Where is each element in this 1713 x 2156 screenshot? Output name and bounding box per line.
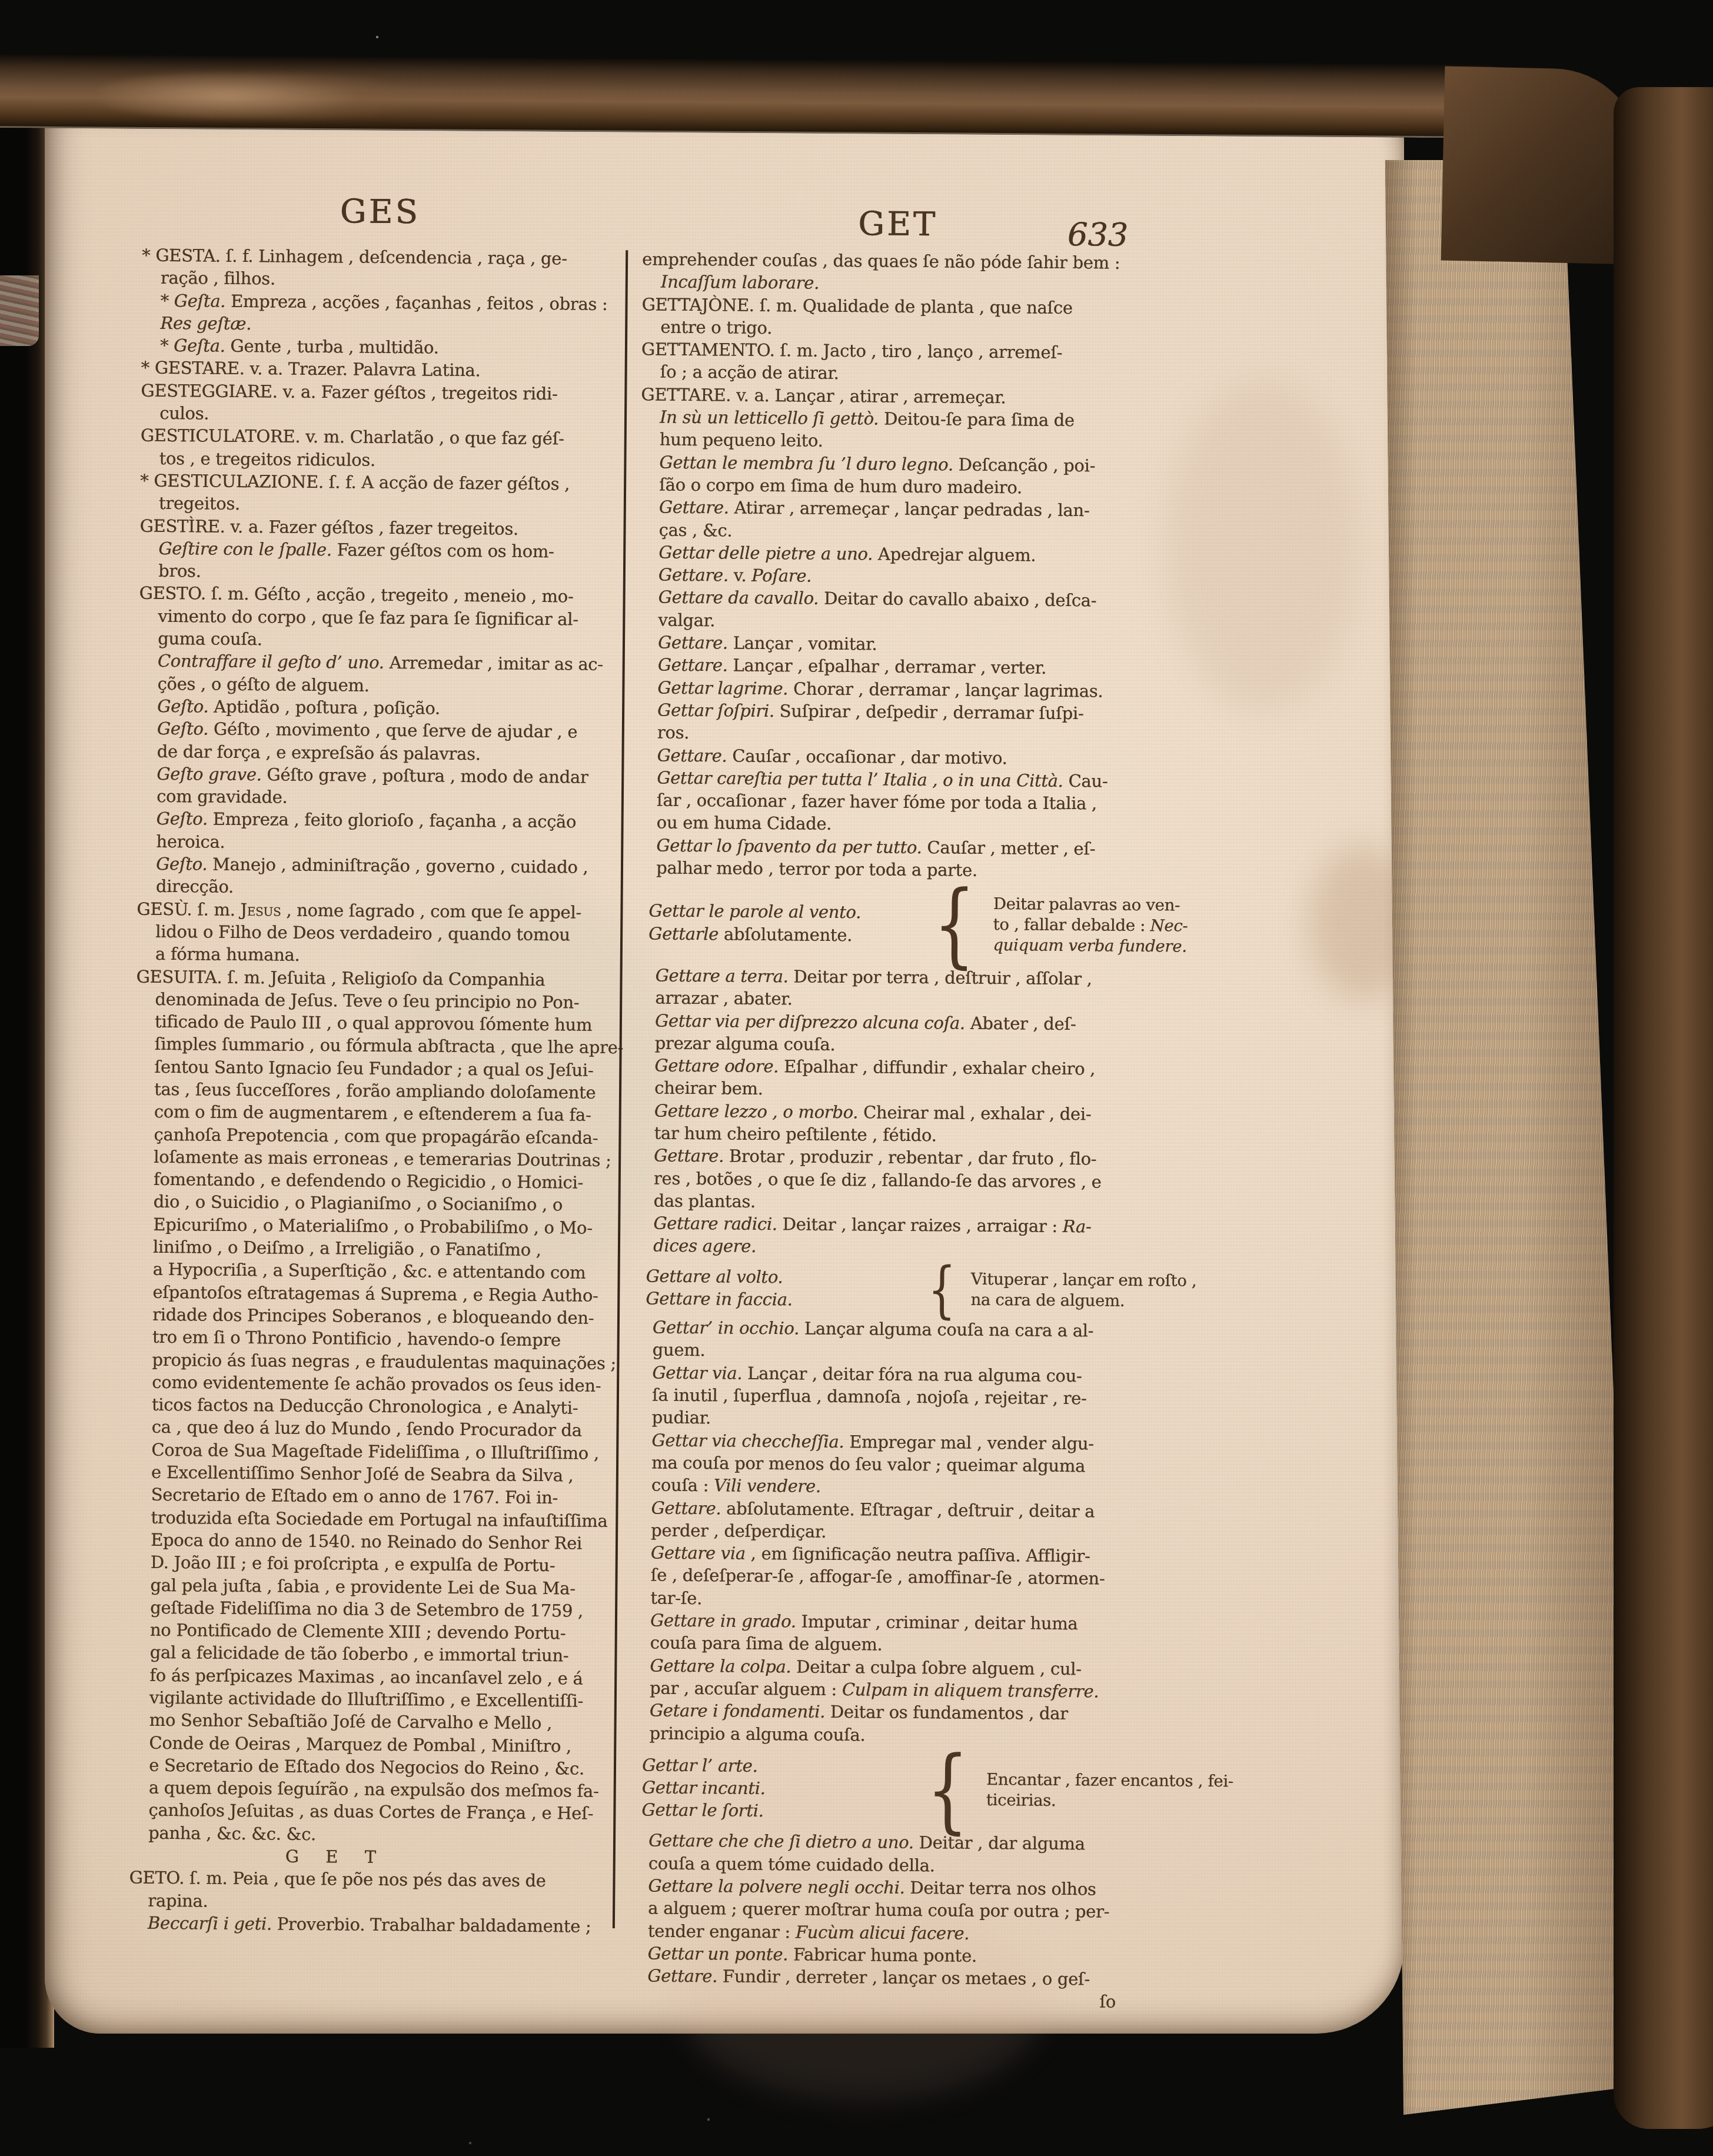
text-line: na cara de alguem. (970, 1290, 1196, 1312)
dictionary-entry: Gettar lo ſpavento da per tutto. Cauſar … (637, 834, 1158, 883)
text-line: palhar medo , terror por toda a parte. (637, 856, 1157, 883)
text-line: Gettare che che ſi dietro a uno. Deitar … (630, 1829, 1150, 1856)
brace-group-definition: Vituperar , lançar em roſto ,na cara de … (961, 1269, 1196, 1312)
text-line: Coroa de Sua Mageſtade Fideliſſima , o I… (132, 1438, 610, 1465)
text-segment: to , fallar debalde : (993, 915, 1150, 935)
text-line: gal pela juſta , ſabia , e providente Le… (131, 1573, 609, 1600)
text-segment: Gettare. (659, 497, 729, 518)
text-line: ridade dos Principes Soberanos , e bloqu… (134, 1303, 611, 1330)
text-line: tas , ſeus ſucceſſores , forão ampliando… (135, 1078, 613, 1104)
dictionary-entry: GESTÌRE. v. a. Fazer géſtos , fazer treg… (139, 514, 617, 541)
text-segment: Fabricar huma ponte. (788, 1944, 977, 1966)
right-column: emprehender couſas , das quaes ſe não pó… (628, 248, 1162, 2014)
text-line: Geſto. Aptidão , poſtura , poſição. (138, 695, 616, 721)
dictionary-entry: GETTAMENTO. ſ. m. Jacto , tiro , lanço ,… (641, 338, 1162, 388)
text-line: ou em huma Cidade. (637, 811, 1157, 838)
text-line: guma couſa. (139, 627, 617, 654)
text-segment: Getare i fondamenti. (650, 1701, 825, 1722)
text-line: dices agere. (634, 1235, 1155, 1261)
text-line: tro em ſi o Throno Pontificio , havendo-… (134, 1326, 611, 1352)
brace-group-terms: Gettar le parole al vento.Gettarle abſol… (637, 900, 926, 947)
text-line: Gettare. Lançar , eſpalhar , derramar , … (639, 654, 1159, 680)
text-line: arrazar , abater. (636, 987, 1156, 1013)
text-segment: Fazer géſtos com os hom- (332, 540, 554, 561)
text-line: * Geſta. Gente , turba , multidão. (141, 334, 619, 361)
text-line: Res geſtæ. (141, 312, 619, 338)
text-segment: Aptidão , poſtura , poſição. (208, 697, 440, 718)
dictionary-entry: GETO. ſ. m. Peia , que ſe põe nos pés da… (129, 1866, 607, 1915)
text-line: ticos factos na Deducção Chronologica , … (133, 1393, 611, 1420)
text-segment: Beccarſi i geti. (148, 1913, 272, 1934)
text-line: Beccarſi i geti. Proverbio. Trabalhar ba… (129, 1912, 607, 1938)
text-line: vimento do corpo , que ſe faz para ſe ſi… (139, 604, 617, 631)
running-head-left: GES (298, 192, 463, 232)
text-segment: , nome ſagrado , com que ſe appel- (281, 900, 581, 922)
text-line: Gettare. abſolutamente. Eſtragar , deſtr… (632, 1496, 1152, 1523)
text-segment: Suſpirar , deſpedir , derramar ſuſpi- (774, 701, 1084, 723)
text-segment: Lançar , vomitar. (728, 633, 877, 654)
text-line: bros. (139, 560, 617, 586)
text-line: Gettar ſoſpiri. Suſpirar , deſpedir , de… (638, 698, 1159, 725)
running-head-right: GET (815, 205, 980, 244)
dictionary-entry: Gettare. Cauſar , occaſionar , dar motiv… (638, 744, 1158, 770)
text-segment: abſolutamente. Eſtragar , deſtruir , dei… (721, 1498, 1095, 1521)
text-line: troduzida eſta Sociedade em Portugal na … (132, 1506, 610, 1532)
text-segment: * (160, 291, 174, 311)
dictionary-entry: Gettar’ in occhio. Lançar alguma couſa n… (633, 1316, 1154, 1365)
text-line: com o fim de augmentarem , e eſtenderem … (135, 1100, 613, 1127)
text-segment: Geſta. (174, 335, 225, 356)
dictionary-entry: Gettare. Lançar , eſpalhar , derramar , … (639, 654, 1159, 680)
text-segment: Geſtire con le ſpalle. (158, 538, 332, 560)
dictionary-entry: Gettare. Brotar , produzir , rebentar , … (634, 1144, 1155, 1216)
brace-group: Gettare al volto.Gettare in faccia.{Vitu… (634, 1261, 1155, 1317)
text-line: dio , o Suicidio , o Plagianiſmo , o Soc… (134, 1190, 612, 1217)
text-segment: Apedrejar alguem. (873, 544, 1036, 565)
dictionary-entry: GESTEGGIARE. v. a. Fazer géſtos , tregei… (141, 379, 619, 428)
text-segment: Deſcanção , poi- (953, 454, 1095, 475)
dictionary-entry: GESTICULATORE. v. m. Charlatão , o que f… (140, 424, 618, 473)
dictionary-entry: Contraffare il geſto d’ uno. Arremedar ,… (138, 650, 617, 698)
text-line: Vituperar , lançar em roſto , (971, 1269, 1197, 1292)
leather-cover-right-edge (1614, 87, 1713, 2129)
dictionary-entry: Gettare. abſolutamente. Eſtragar , deſtr… (632, 1496, 1153, 1546)
dictionary-entry: GESTO. ſ. m. Géſto , acção , tregeito , … (139, 582, 617, 653)
text-segment: In sù un letticello ſi gettò. (660, 407, 879, 429)
text-segment: Gettare. (654, 1146, 724, 1166)
text-line: Geſtire con le ſpalle. Fazer géſtos com … (139, 537, 617, 564)
dictionary-entry: Gettare da cavallo. Deitar do cavallo ab… (639, 586, 1160, 636)
text-line: couſa para ſima de alguem. (631, 1632, 1152, 1658)
text-segment: Arremedar , imitar as ac- (384, 653, 603, 674)
dictionary-entry: Geſto. Manejo , adminiſtração , governo … (137, 853, 616, 901)
leather-cover-corner (1441, 66, 1643, 265)
leather-cover-top-edge (0, 54, 1524, 138)
dictionary-entry: GESUITA. ſ. m. Jeſuita , Religioſo da Co… (129, 965, 614, 1848)
brace-group-definition: Encantar , fazer encantos , fei-ticeiria… (977, 1769, 1233, 1812)
text-segment: Cauſar , occaſionar , dar motivo. (727, 746, 1007, 768)
dictionary-entry: Gettare radici. Deitar , lançar raizes ,… (634, 1212, 1155, 1261)
text-line: fomentando , e defendendo o Regicidio , … (135, 1168, 613, 1195)
text-line: GESTICULATORE. v. m. Charlatão , o que f… (141, 424, 618, 451)
text-segment: couſa : (651, 1475, 714, 1496)
text-segment: GESÙ. ſ. m. (137, 899, 240, 919)
text-line: Gettare al volto. (646, 1265, 922, 1289)
text-segment: Deitar terra nos olhos (904, 1878, 1096, 1899)
text-segment: Gettar un ponte. (647, 1943, 788, 1964)
text-line: Gettare. Cauſar , occaſionar , dar motiv… (638, 744, 1158, 770)
dictionary-entry: Beccarſi i geti. Proverbio. Trabalhar ba… (129, 1912, 607, 1938)
text-line: tender enganar : Fucùm alicui facere. (629, 1919, 1149, 1946)
text-segment: Fucùm alicui facere. (796, 1922, 970, 1943)
text-segment: * (160, 335, 174, 355)
text-segment: Gettar via checcheſſia. (651, 1430, 844, 1452)
text-segment: Gettare lezzo , o morbo. (654, 1100, 859, 1122)
text-segment: Cauſar , metter , eſ- (922, 837, 1095, 859)
text-line: propicio ás ſuas negras , e fraudulentas… (133, 1348, 611, 1375)
dictionary-entry: Geſto grave. Géſto grave , poſtura , mod… (138, 762, 616, 811)
text-line: de dar força , e expreſsão ás palavras. (138, 740, 616, 766)
text-line: ſe , deſeſperar-ſe , affogar-ſe , amoffi… (631, 1564, 1152, 1591)
page-number: 633 (1045, 216, 1150, 254)
text-segment: Gettare. (658, 633, 728, 653)
text-segment: Gettare. (657, 745, 727, 766)
text-line: GESTO. ſ. m. Géſto , acção , tregeito , … (139, 582, 617, 608)
text-line: e Secretario de Eſtado dos Negocios do R… (130, 1754, 608, 1780)
dictionary-entry: emprehender couſas , das quaes ſe não pó… (642, 248, 1163, 297)
text-line: a alguem ; querer moſtrar huma couſa por… (629, 1897, 1149, 1924)
text-line: fo ás perſpicazes Maximas , ao incanſave… (131, 1663, 608, 1690)
text-line: tificado de Paulo III , o qual approvou … (136, 1010, 614, 1037)
text-line: * GESTA. ſ. f. Linhagem , deſcendencia ,… (142, 244, 620, 271)
dictionary-entry: * GESTA. ſ. f. Linhagem , deſcendencia ,… (142, 244, 620, 293)
dictionary-entry: * GESTARE. v. a. Trazer. Palavra Latina. (141, 357, 619, 383)
text-segment: Manejo , adminiſtração , governo , cuida… (207, 854, 588, 877)
page-content: GES GET 633 * GESTA. ſ. f. Linhagem , de… (30, 104, 1405, 2044)
dictionary-entry: Geſtire con le ſpalle. Fazer géſtos com … (139, 537, 618, 586)
page-stack-fore-edge (1380, 160, 1642, 2115)
text-segment: , em ſignificação neutra paſſiva. Afflig… (746, 1543, 1090, 1566)
dictionary-entry: * GESTICULAZIONE. ſ. f. A acção de fazer… (140, 470, 618, 518)
text-segment: Gettan le membra ſu ’l duro legno. (659, 452, 953, 474)
text-line: a fórma humana. (137, 943, 614, 969)
text-line: GESTEGGIARE. v. a. Fazer géſtos , tregei… (141, 379, 618, 405)
text-segment: Gettar careſtia per tutta l’ Italia , o … (657, 767, 1063, 790)
text-line: Gettarle abſolutamente. (648, 922, 925, 947)
text-line: e Excellentiſſimo Senhor Joſé de Seabra … (132, 1461, 610, 1488)
text-segment: Gettar lagrime. (657, 677, 788, 698)
text-segment: Geſto grave. (157, 764, 262, 784)
dictionary-entry: * Geſta. Gente , turba , multidão. (141, 334, 619, 361)
text-segment: Chorar , derramar , lançar lagrimas. (788, 678, 1103, 701)
text-segment: Brotar , produzir , rebentar , dar fruto… (724, 1146, 1096, 1169)
text-line: tregeitos. (140, 492, 618, 518)
section-heading: G E T (129, 1844, 607, 1871)
text-line: quiquam verba fundere. (993, 935, 1188, 957)
text-segment: Gettare che che ſi dietro a uno. (648, 1831, 914, 1853)
dictionary-entry: Gettare a terra. Deitar por terra , deſt… (636, 964, 1157, 1013)
dictionary-entry: Gettan le membra ſu ’l duro legno. Deſca… (640, 451, 1161, 500)
text-segment: Deitou-ſe para ſima de (879, 409, 1075, 431)
text-segment: Empreza , acções , façanhas , feitos , o… (225, 291, 607, 314)
text-line: rapina. (129, 1889, 607, 1915)
text-line: Conde de Oeiras , Marquez de Pombal , Mi… (130, 1731, 608, 1758)
dictionary-entry: Gettare la polvere negli occhi. Deitar t… (629, 1874, 1150, 1946)
dictionary-entry: Gettar ſoſpiri. Suſpirar , deſpedir , de… (638, 698, 1159, 748)
text-line: çanhoſos Jeſuitas , as duas Cortes de Fr… (129, 1799, 607, 1825)
text-line: * Geſta. Empreza , acções , façanhas , f… (141, 289, 619, 315)
text-segment: Imputar , criminar , deitar huma (796, 1611, 1078, 1633)
text-line: GESTÌRE. v. a. Fazer géſtos , fazer treg… (139, 514, 617, 541)
text-line: ſimples ſummario , ou fórmula abſtracta … (135, 1033, 613, 1059)
text-line: eſpantoſos eſtratagemas á Suprema , e Re… (134, 1280, 611, 1307)
text-line: couſa : Vili vendere. (633, 1474, 1153, 1500)
text-segment: Gettar delle pietre a uno. (658, 542, 873, 564)
text-line: Gettar le parole al vento. (648, 900, 925, 924)
text-segment: Cheirar mal , exhalar , dei- (858, 1102, 1091, 1124)
text-line: to , fallar debalde : Nec- (993, 914, 1188, 937)
text-segment: Géſto , movimento , que ſerve de ajudar … (208, 719, 577, 742)
text-line: Gettar via per diſprezzo alcuna coſa. Ab… (636, 1009, 1156, 1036)
text-line: Gettar’ in occhio. Lançar alguma couſa n… (634, 1316, 1154, 1342)
text-segment: Gettare via (651, 1543, 746, 1563)
text-line: Geſto. Géſto , movimento , que ſerve de … (138, 717, 616, 744)
text-line: ſa inutil , ſuperflua , damnoſa , nojoſa… (633, 1383, 1153, 1410)
dictionary-entry: Gettare. Fundir , derreter , lançar os m… (628, 1964, 1149, 1991)
dictionary-entry: GESÙ. ſ. m. Jesus , nome ſagrado , com q… (137, 897, 615, 969)
text-segment: Gettar via. (652, 1362, 742, 1383)
text-line: Geſto grave. Géſto grave , poſtura , mod… (138, 762, 616, 788)
brace-icon: { (927, 1263, 956, 1316)
text-segment: Empreza , feito glorioſo , façanha , a a… (208, 809, 577, 832)
text-line: culos. (141, 402, 618, 428)
text-segment: Nec- (1150, 916, 1188, 936)
brace-icon: { (933, 886, 976, 964)
text-line: cheirar bem. (636, 1077, 1156, 1103)
text-line: ticeirias. (986, 1790, 1233, 1812)
text-segment: Cau- (1063, 771, 1107, 791)
text-segment: Lançar , eſpalhar , derramar , verter. (727, 656, 1046, 678)
text-line: Gettare in faccia. (646, 1287, 922, 1312)
text-segment: Gettare. (647, 1966, 717, 1987)
dictionary-entry: Gettare lezzo , o morbo. Cheirar mal , e… (635, 1099, 1156, 1149)
dust-specks (0, 0, 1, 1)
text-segment: Gettare in grado. (650, 1611, 796, 1632)
text-segment: Gettare. (658, 655, 728, 676)
text-segment: Deitar a culpa ſobre alguem , cul- (791, 1656, 1082, 1679)
dictionary-entry: Gettare in grado. Imputar , criminar , d… (631, 1609, 1152, 1658)
text-segment: Geſta. (174, 291, 226, 311)
dictionary-entry: Getare i fondamenti. Deitar os fundament… (630, 1699, 1151, 1748)
text-line: direcção. (137, 875, 615, 901)
text-segment: Fundir , derreter , lançar os metaes , o… (717, 1967, 1090, 1989)
text-segment: Empregar mal , vender algu- (844, 1432, 1094, 1453)
text-line: liniſmo , o Deiſmo , a Irreligião , o Fa… (134, 1236, 612, 1262)
text-segment: Deitar , lançar raizes , arraigar : (777, 1214, 1063, 1236)
text-line: GESÙ. ſ. m. Jesus , nome ſagrado , com q… (137, 897, 614, 924)
text-line: Gettar incanti. (642, 1776, 919, 1801)
dictionary-entry: Geſto. Empreza , feito glorioſo , façanh… (137, 807, 616, 856)
text-segment: Deitar do cavallo abaixo , deſca- (819, 588, 1096, 611)
brace-icon: { (926, 1751, 969, 1829)
text-line: GESUITA. ſ. m. Jeſuita , Religioſo da Co… (136, 965, 614, 992)
text-line: ças , &c. (640, 518, 1160, 545)
text-line: loſamente as mais erroneas , e temeraria… (135, 1146, 613, 1172)
catchword: ſo (628, 1987, 1149, 2014)
text-segment: Gente , turba , multidão. (225, 336, 438, 358)
text-segment: Vili vendere. (714, 1476, 821, 1496)
text-segment: Gettare a terra. (655, 965, 788, 986)
text-segment: Gettar lo ſpavento da per tutto. (656, 835, 922, 857)
text-line: Secretario de Eſtado em o anno de 1767. … (132, 1483, 610, 1510)
text-segment: Gettarle (648, 923, 719, 944)
text-segment: Gettar via per diſprezzo alcuna coſa. (655, 1010, 965, 1033)
text-line: * GESTARE. v. a. Trazer. Palavra Latina. (141, 357, 619, 383)
text-line: ração , filhos. (142, 267, 620, 293)
text-line: Gettare. Brotar , produzir , rebentar , … (635, 1144, 1155, 1171)
dictionary-entry: Gettare. Atirar , arremeçar , lançar ped… (640, 496, 1160, 545)
text-segment: Gettare odore. (654, 1056, 779, 1077)
brace-group: Gettar l’ arte.Gettar incanti.Gettar le … (630, 1748, 1150, 1831)
text-segment: Culpam in aliquem transferre. (842, 1679, 1099, 1701)
text-line: Geſto. Empreza , feito glorioſo , façanh… (138, 807, 616, 834)
dictionary-entry: Geſto. Géſto , movimento , que ſerve de … (138, 717, 616, 766)
binding-stitch (0, 275, 39, 346)
text-segment: Gettare la colpa. (650, 1655, 791, 1676)
text-line: tos , e tregeitos ridiculos. (140, 447, 618, 473)
text-line: denominada de Jeſus. Teve o ſeu principi… (136, 987, 614, 1014)
brace-group-terms: Gettar l’ arte.Gettar incanti.Gettar le … (630, 1754, 919, 1824)
text-segment: Abater , deſ- (965, 1013, 1076, 1033)
dictionary-entry: Geſto. Aptidão , poſtura , poſição. (138, 695, 616, 721)
text-segment: Lançar , deitar fóra na rua alguma cou- (742, 1363, 1082, 1386)
text-segment: Gettare da cavallo. (658, 587, 819, 608)
text-line: Epicuriſmo , o Materialiſmo , o Probabil… (134, 1213, 612, 1239)
dictionary-entry: Gettare la colpa. Deitar a culpa ſobre a… (631, 1654, 1152, 1703)
dictionary-entry: Gettar careſtia per tutta l’ Italia , o … (637, 766, 1158, 838)
text-line: lidou o Filho de Deos verdadeiro , quand… (137, 920, 614, 947)
text-line: heroica. (137, 830, 615, 856)
text-segment: Jesus (240, 900, 281, 920)
text-segment: Ra- (1063, 1216, 1092, 1236)
text-segment: Geſto. (157, 696, 208, 717)
brace-group: Gettar le parole al vento.Gettarle abſol… (637, 883, 1157, 966)
dictionary-entry: Gettar via per diſprezzo alcuna coſa. Ab… (636, 1009, 1157, 1059)
text-segment: Gettare. (651, 1498, 721, 1518)
dictionary-entry: GETTAJÒNE. ſ. m. Qualidade de planta , q… (641, 293, 1162, 342)
text-line: GETO. ſ. m. Peia , que ſe põe nos pés da… (129, 1866, 607, 1893)
text-line: com gravidade. (138, 785, 616, 811)
text-segment: Contraffare il geſto d’ uno. (158, 651, 384, 673)
text-line: Getare i fondamenti. Deitar os fundament… (631, 1699, 1151, 1725)
text-segment: Géſto grave , poſtura , modo de andar (261, 764, 588, 787)
text-segment: Proverbio. Trabalhar baldadamente ; (272, 1914, 591, 1936)
dictionary-entry: Gettar via checcheſſia. Empregar mal , v… (633, 1429, 1153, 1500)
text-line: hum pequeno leito. (641, 428, 1161, 455)
text-line: Contraffare il geſto d’ uno. Arremedar ,… (139, 650, 617, 676)
text-line: como evidentemente ſe achão provados os … (133, 1370, 611, 1397)
text-line: ſentou Santo Ignacio ſeu Fundador ; a qu… (135, 1055, 613, 1082)
text-line: Gettare da cavallo. Deitar do cavallo ab… (639, 586, 1159, 613)
text-line: D. João III ; e foi proſcripta , e expul… (132, 1551, 610, 1578)
text-line: gal a felicidade de tão ſoberbo , e immo… (131, 1641, 608, 1668)
text-line: ca , que deo á luz do Mundo , ſendo Proc… (132, 1416, 610, 1442)
text-line: no Pontificado de Clemente XIII ; devend… (131, 1619, 609, 1645)
brace-group-definition: Deitar palavras ao ven-to , fallar debal… (983, 894, 1188, 957)
text-segment: Gettar ſoſpiri. (657, 700, 774, 721)
text-line: çanhoſa Prepotencia , com que propagárão… (135, 1123, 613, 1149)
text-line: principio a alguma couſa. (630, 1722, 1150, 1748)
text-line: mo Senhor Sebaſtião Joſé de Carvalho e M… (130, 1709, 608, 1735)
text-line: Gettar l’ arte. (642, 1754, 919, 1778)
text-segment: Geſto. (157, 718, 208, 739)
dictionary-entry: Gettar via. Lançar , deitar fóra na rua … (633, 1361, 1154, 1433)
text-line: Gettare. Fundir , derreter , lançar os m… (628, 1964, 1149, 1991)
text-line: panha , &c. &c. &c. (129, 1821, 607, 1848)
dictionary-entry: * Geſta. Empreza , acções , façanhas , f… (141, 289, 620, 338)
text-segment: v. (729, 565, 752, 585)
text-segment: Geſto. (157, 808, 208, 829)
text-line: Epoca do anno de 1540. no Reinado do Sen… (132, 1529, 610, 1555)
dictionary-entry: Gettare via , em ſignificação neutra paſ… (631, 1541, 1152, 1613)
leather-damage-patch (100, 72, 418, 121)
text-line: geſtade Fideliſſima no dia 3 de Setembro… (131, 1596, 609, 1622)
text-segment: Poſare. (751, 565, 811, 586)
text-line: Geſto. Manejo , adminiſtração , governo … (137, 853, 615, 879)
text-line: ções , o géſto de alguem. (138, 672, 616, 698)
text-segment: abſolutamente. (719, 924, 852, 945)
left-column: * GESTA. ſ. f. Linhagem , deſcendencia ,… (129, 244, 620, 1938)
book-page: GES GET 633 * GESTA. ſ. f. Linhagem , de… (45, 105, 1404, 2034)
text-line: Deitar palavras ao ven- (993, 894, 1188, 916)
text-segment: Gettar’ in occhio. (653, 1317, 799, 1339)
text-line: Incaſſum laborare. (642, 271, 1162, 297)
text-line: * GESTICULAZIONE. ſ. f. A acção de fazer… (140, 470, 618, 496)
text-segment: Gettare. (658, 565, 729, 585)
text-line: Encantar , fazer encantos , fei- (986, 1769, 1233, 1792)
text-segment: Geſto. (156, 854, 207, 874)
dictionary-entry: In sù un letticello ſi gettò. Deitou-ſe … (641, 405, 1162, 455)
text-segment: Eſpalhar , diffundir , exhalar cheiro , (779, 1056, 1095, 1079)
text-segment: Gettare radici. (653, 1213, 777, 1235)
text-line: vigilante actividade do Illuſtriſſimo , … (131, 1686, 608, 1713)
text-segment: par , accuſar alguem : (650, 1678, 842, 1699)
text-line: a Hypocriſia , a Superſtição , &c. e att… (134, 1258, 611, 1285)
dictionary-entry: Gettare che che ſi dietro a uno. Deitar … (630, 1829, 1150, 1879)
book-scan: GES GET 633 * GESTA. ſ. f. Linhagem , de… (0, 0, 1713, 2156)
text-line: Gettare. Atirar , arremeçar , lançar ped… (640, 496, 1160, 523)
text-segment: tender enganar : (648, 1921, 796, 1942)
text-segment: Atirar , arremeçar , lançar pedradas , l… (729, 498, 1089, 521)
brace-group-terms: Gettare al volto.Gettare in faccia. (634, 1265, 923, 1312)
text-segment: Deitar os fundamentos , dar (825, 1702, 1068, 1724)
text-line: a quem depois ſeguírão , na expulsão dos… (130, 1776, 608, 1803)
text-segment: Gettare la polvere negli occhi. (648, 1875, 904, 1897)
text-line: ſo ; a acção de atirar. (641, 361, 1161, 387)
text-line: Gettar le ſorti. (641, 1799, 918, 1824)
dictionary-entry: Gettare odore. Eſpalhar , diffundir , ex… (636, 1054, 1156, 1103)
